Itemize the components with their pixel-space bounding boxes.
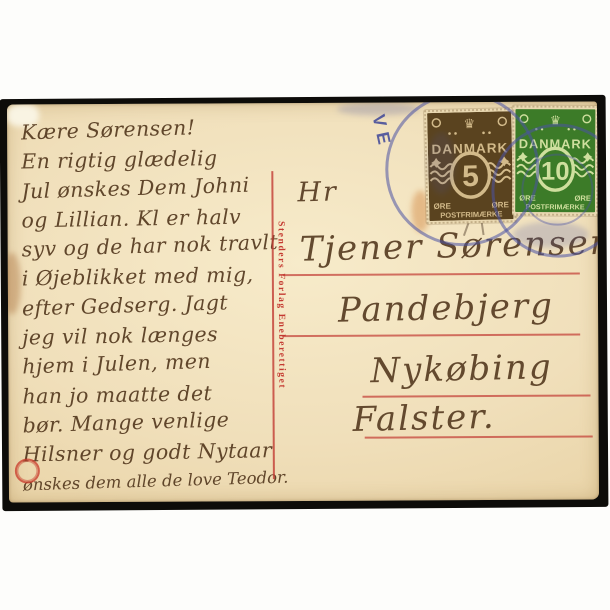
address-line-place: Pandebjerg xyxy=(338,286,555,331)
address-line-region: Falster. xyxy=(352,397,496,440)
postcard: Kære Sørensen! En rigtig glædelig Jul øn… xyxy=(7,101,599,502)
address-rule xyxy=(282,334,580,338)
postmark-letters: VE xyxy=(367,113,395,153)
message-text: Kære Sørensen! En rigtig glædelig Jul øn… xyxy=(21,117,303,499)
collector-mark xyxy=(15,458,40,483)
address-line-town: Nykøbing xyxy=(370,347,553,391)
address-salutation: Hr xyxy=(297,176,338,208)
paper-stain-edge xyxy=(7,252,21,314)
address-rule xyxy=(283,273,580,277)
postmark-inner-circle xyxy=(521,153,593,225)
publisher-imprint: Stenders Forlag Eneberettiget xyxy=(276,221,287,445)
message-line: Kære Sørensen! xyxy=(21,110,302,148)
